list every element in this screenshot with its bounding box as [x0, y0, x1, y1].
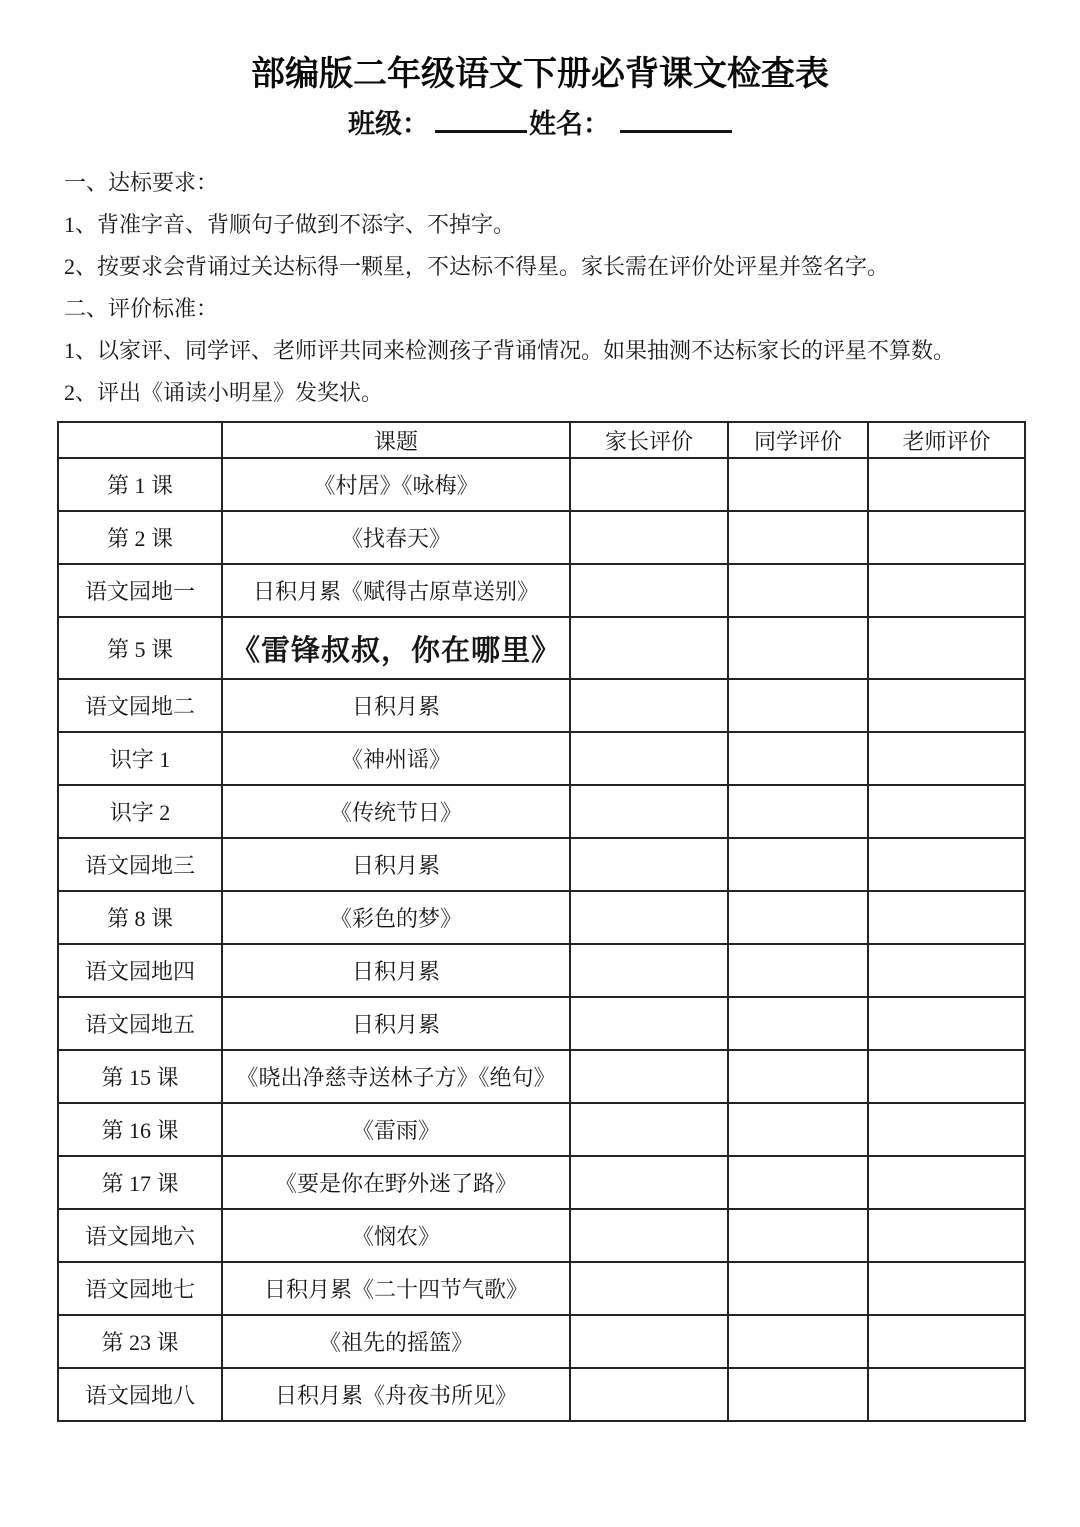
course-title-cell: 《传统节日》: [222, 785, 570, 838]
course-title-cell: 日积月累《二十四节气歌》: [222, 1262, 570, 1315]
course-title-cell: 《雷锋叔叔，你在哪里》: [222, 617, 570, 679]
row-label-cell: 第 15 课: [58, 1050, 222, 1103]
classmate-eval-cell: [728, 785, 868, 838]
recitation-check-table: 课题 家长评价 同学评价 老师评价 第 1 课《村居》《咏梅》第 2 课《找春天…: [57, 421, 1026, 1422]
classmate-eval-cell: [728, 1315, 868, 1368]
page-title: 部编版二年级语文下册必背课文检查表: [0, 54, 1080, 94]
table-row: 第 8 课《彩色的梦》: [58, 891, 1025, 944]
row-label-cell: 语文园地一: [58, 564, 222, 617]
table-row: 第 5 课《雷锋叔叔，你在哪里》: [58, 617, 1025, 679]
table-row: 语文园地三日积月累: [58, 838, 1025, 891]
course-title-cell: 《悯农》: [222, 1209, 570, 1262]
requirements-heading: 一、达标要求：: [64, 169, 1030, 196]
table-row: 第 2 课《找春天》: [58, 511, 1025, 564]
classmate-eval-cell: [728, 679, 868, 732]
parent-eval-cell: [570, 564, 728, 617]
teacher-eval-cell: [868, 785, 1025, 838]
table-row: 语文园地一日积月累《赋得古原草送别》: [58, 564, 1025, 617]
row-label-cell: 语文园地三: [58, 838, 222, 891]
parent-eval-cell: [570, 1315, 728, 1368]
teacher-eval-cell: [868, 1050, 1025, 1103]
classmate-eval-cell: [728, 997, 868, 1050]
teacher-eval-cell: [868, 1103, 1025, 1156]
teacher-eval-cell: [868, 997, 1025, 1050]
table-row: 语文园地八日积月累《舟夜书所见》: [58, 1368, 1025, 1421]
parent-eval-cell: [570, 1368, 728, 1421]
row-label-cell: 语文园地二: [58, 679, 222, 732]
classmate-eval-cell: [728, 1103, 868, 1156]
criteria-heading: 二、评价标准：: [64, 295, 1030, 322]
row-label-cell: 语文园地七: [58, 1262, 222, 1315]
course-title-cell: 《雷雨》: [222, 1103, 570, 1156]
parent-eval-cell: [570, 732, 728, 785]
header-classmate-eval: 同学评价: [728, 422, 868, 458]
classmate-eval-cell: [728, 1262, 868, 1315]
course-title-cell: 《晓出净慈寺送林子方》《绝句》: [222, 1050, 570, 1103]
row-label-cell: 第 1 课: [58, 458, 222, 511]
table-row: 第 17 课《要是你在野外迷了路》: [58, 1156, 1025, 1209]
table-row: 第 16 课《雷雨》: [58, 1103, 1025, 1156]
teacher-eval-cell: [868, 1209, 1025, 1262]
teacher-eval-cell: [868, 679, 1025, 732]
row-label-cell: 语文园地八: [58, 1368, 222, 1421]
teacher-eval-cell: [868, 891, 1025, 944]
teacher-eval-cell: [868, 1368, 1025, 1421]
teacher-eval-cell: [868, 511, 1025, 564]
teacher-eval-cell: [868, 458, 1025, 511]
row-label-cell: 第 17 课: [58, 1156, 222, 1209]
teacher-eval-cell: [868, 944, 1025, 997]
row-label-cell: 第 2 课: [58, 511, 222, 564]
parent-eval-cell: [570, 617, 728, 679]
course-title-cell: 日积月累《舟夜书所见》: [222, 1368, 570, 1421]
parent-eval-cell: [570, 511, 728, 564]
name-label: 姓名：: [529, 109, 610, 139]
table-row: 第 23 课《祖先的摇篮》: [58, 1315, 1025, 1368]
classmate-eval-cell: [728, 1368, 868, 1421]
criteria-item-1: 1、以家评、同学评、老师评共同来检测孩子背诵情况。如果抽测不达标家长的评星不算数…: [64, 337, 1030, 364]
course-title-cell: 日积月累: [222, 679, 570, 732]
row-label-cell: 识字 1: [58, 732, 222, 785]
table-row: 语文园地六《悯农》: [58, 1209, 1025, 1262]
header-course-title: 课题: [222, 422, 570, 458]
class-blank-line: [435, 106, 527, 133]
parent-eval-cell: [570, 1262, 728, 1315]
table-row: 第 1 课《村居》《咏梅》: [58, 458, 1025, 511]
table-row: 识字 1《神州谣》: [58, 732, 1025, 785]
course-title-cell: 《彩色的梦》: [222, 891, 570, 944]
row-label-cell: 语文园地四: [58, 944, 222, 997]
classmate-eval-cell: [728, 1156, 868, 1209]
recitation-checklist-page: 部编版二年级语文下册必背课文检查表 班级：姓名： 一、达标要求： 1、背准字音、…: [0, 0, 1080, 1527]
row-label-cell: 第 5 课: [58, 617, 222, 679]
criteria-item-2: 2、评出《诵读小明星》发奖状。: [64, 379, 1030, 406]
classmate-eval-cell: [728, 944, 868, 997]
course-title-cell: 日积月累: [222, 997, 570, 1050]
parent-eval-cell: [570, 1156, 728, 1209]
instructions: 一、达标要求： 1、背准字音、背顺句子做到不添字、不掉字。 2、按要求会背诵过关…: [64, 169, 1030, 406]
course-title-cell: 《村居》《咏梅》: [222, 458, 570, 511]
classmate-eval-cell: [728, 1050, 868, 1103]
name-blank-line: [620, 106, 732, 133]
classmate-eval-cell: [728, 1209, 868, 1262]
classmate-eval-cell: [728, 732, 868, 785]
table-row: 识字 2《传统节日》: [58, 785, 1025, 838]
teacher-eval-cell: [868, 732, 1025, 785]
header-teacher-eval: 老师评价: [868, 422, 1025, 458]
teacher-eval-cell: [868, 1315, 1025, 1368]
row-label-cell: 语文园地五: [58, 997, 222, 1050]
teacher-eval-cell: [868, 1156, 1025, 1209]
parent-eval-cell: [570, 1209, 728, 1262]
table-row: 语文园地四日积月累: [58, 944, 1025, 997]
course-title-cell: 《祖先的摇篮》: [222, 1315, 570, 1368]
teacher-eval-cell: [868, 1262, 1025, 1315]
table-row: 第 15 课《晓出净慈寺送林子方》《绝句》: [58, 1050, 1025, 1103]
parent-eval-cell: [570, 1103, 728, 1156]
header-parent-eval: 家长评价: [570, 422, 728, 458]
classmate-eval-cell: [728, 617, 868, 679]
table-header-row: 课题 家长评价 同学评价 老师评价: [58, 422, 1025, 458]
parent-eval-cell: [570, 679, 728, 732]
row-label-cell: 第 16 课: [58, 1103, 222, 1156]
parent-eval-cell: [570, 838, 728, 891]
classmate-eval-cell: [728, 891, 868, 944]
classmate-eval-cell: [728, 838, 868, 891]
parent-eval-cell: [570, 458, 728, 511]
course-title-cell: 日积月累: [222, 838, 570, 891]
table-row: 语文园地七日积月累《二十四节气歌》: [58, 1262, 1025, 1315]
requirements-item-1: 1、背准字音、背顺句子做到不添字、不掉字。: [64, 211, 1030, 238]
parent-eval-cell: [570, 944, 728, 997]
parent-eval-cell: [570, 785, 728, 838]
course-title-cell: 《找春天》: [222, 511, 570, 564]
course-title-cell: 《要是你在野外迷了路》: [222, 1156, 570, 1209]
class-label: 班级：: [348, 109, 429, 139]
requirements-item-2: 2、按要求会背诵过关达标得一颗星，不达标不得星。家长需在评价处评星并签名字。: [64, 253, 1030, 280]
class-name-line: 班级：姓名：: [0, 106, 1080, 141]
classmate-eval-cell: [728, 511, 868, 564]
row-label-cell: 语文园地六: [58, 1209, 222, 1262]
parent-eval-cell: [570, 1050, 728, 1103]
course-title-cell: 日积月累: [222, 944, 570, 997]
row-label-cell: 第 23 课: [58, 1315, 222, 1368]
parent-eval-cell: [570, 891, 728, 944]
course-title-cell: 《神州谣》: [222, 732, 570, 785]
teacher-eval-cell: [868, 838, 1025, 891]
table-row: 语文园地二日积月累: [58, 679, 1025, 732]
teacher-eval-cell: [868, 564, 1025, 617]
row-label-cell: 识字 2: [58, 785, 222, 838]
course-title-cell: 日积月累《赋得古原草送别》: [222, 564, 570, 617]
row-label-cell: 第 8 课: [58, 891, 222, 944]
header-blank-cell: [58, 422, 222, 458]
classmate-eval-cell: [728, 458, 868, 511]
teacher-eval-cell: [868, 617, 1025, 679]
parent-eval-cell: [570, 997, 728, 1050]
table-row: 语文园地五日积月累: [58, 997, 1025, 1050]
classmate-eval-cell: [728, 564, 868, 617]
